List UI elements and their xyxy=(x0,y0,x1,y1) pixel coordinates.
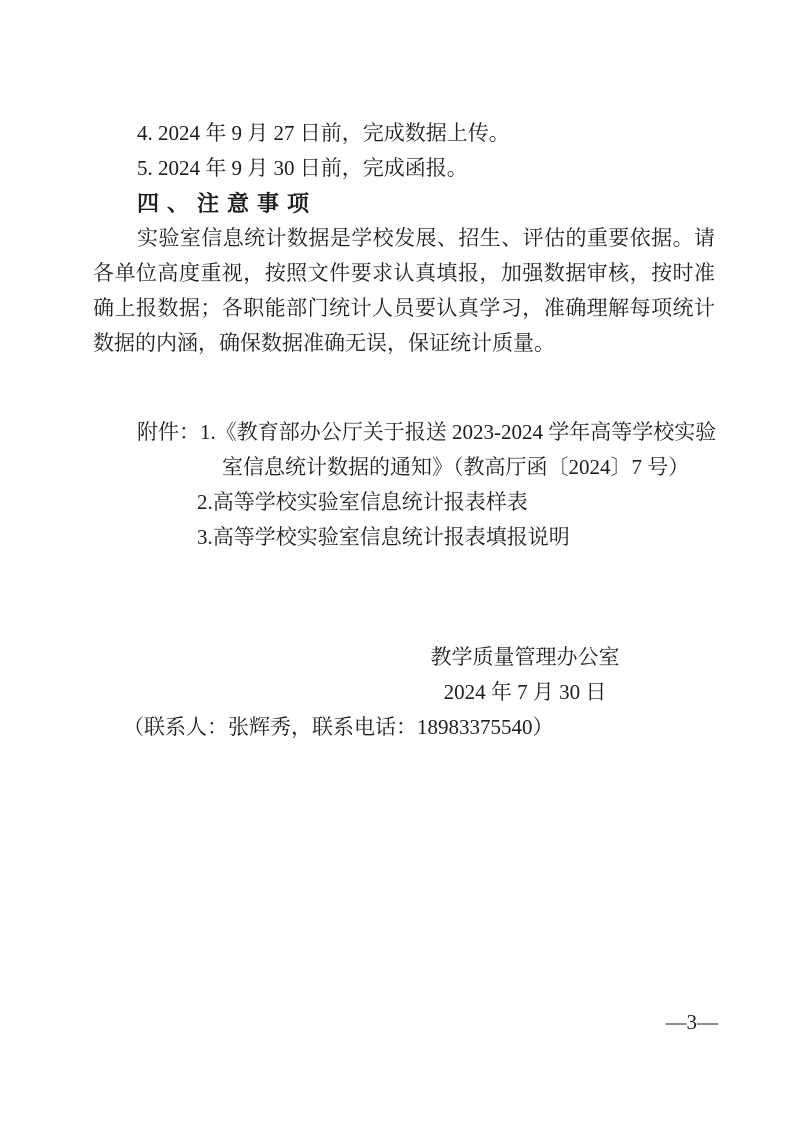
page-number: —3— xyxy=(666,1005,719,1040)
deadline-item-4: 4. 2024 年 9 月 27 日前，完成数据上传。 xyxy=(93,116,715,151)
document-page: 4. 2024 年 9 月 27 日前，完成数据上传。 5. 2024 年 9 … xyxy=(0,0,794,1122)
attachments-block: 附件：1.《教育部办公厅关于报送 2023-2024 学年高等学校实验 室信息统… xyxy=(93,415,715,555)
signature-block: 教学质量管理办公室 2024 年 7 月 30 日 xyxy=(340,640,710,710)
attachment-1-line-1: 附件：1.《教育部办公厅关于报送 2023-2024 学年高等学校实验 xyxy=(93,415,715,450)
signature-date: 2024 年 7 月 30 日 xyxy=(340,675,710,710)
attachment-3: 3.高等学校实验室信息统计报表填报说明 xyxy=(93,520,715,555)
section-heading-notes: 四、注意事项 xyxy=(93,186,715,221)
document-content: 4. 2024 年 9 月 27 日前，完成数据上传。 5. 2024 年 9 … xyxy=(93,0,715,745)
signature-office: 教学质量管理办公室 xyxy=(340,640,710,675)
attachment-1-line-2: 室信息统计数据的通知》（教高厅函〔2024〕7 号） xyxy=(93,450,715,485)
attachment-2: 2.高等学校实验室信息统计报表样表 xyxy=(93,485,715,520)
contact-info: （联系人：张辉秀，联系电话：18983375540） xyxy=(93,710,715,745)
deadline-item-5: 5. 2024 年 9 月 30 日前，完成函报。 xyxy=(93,151,715,186)
notes-paragraph: 实验室信息统计数据是学校发展、招生、评估的重要依据。请各单位高度重视，按照文件要… xyxy=(93,221,715,361)
